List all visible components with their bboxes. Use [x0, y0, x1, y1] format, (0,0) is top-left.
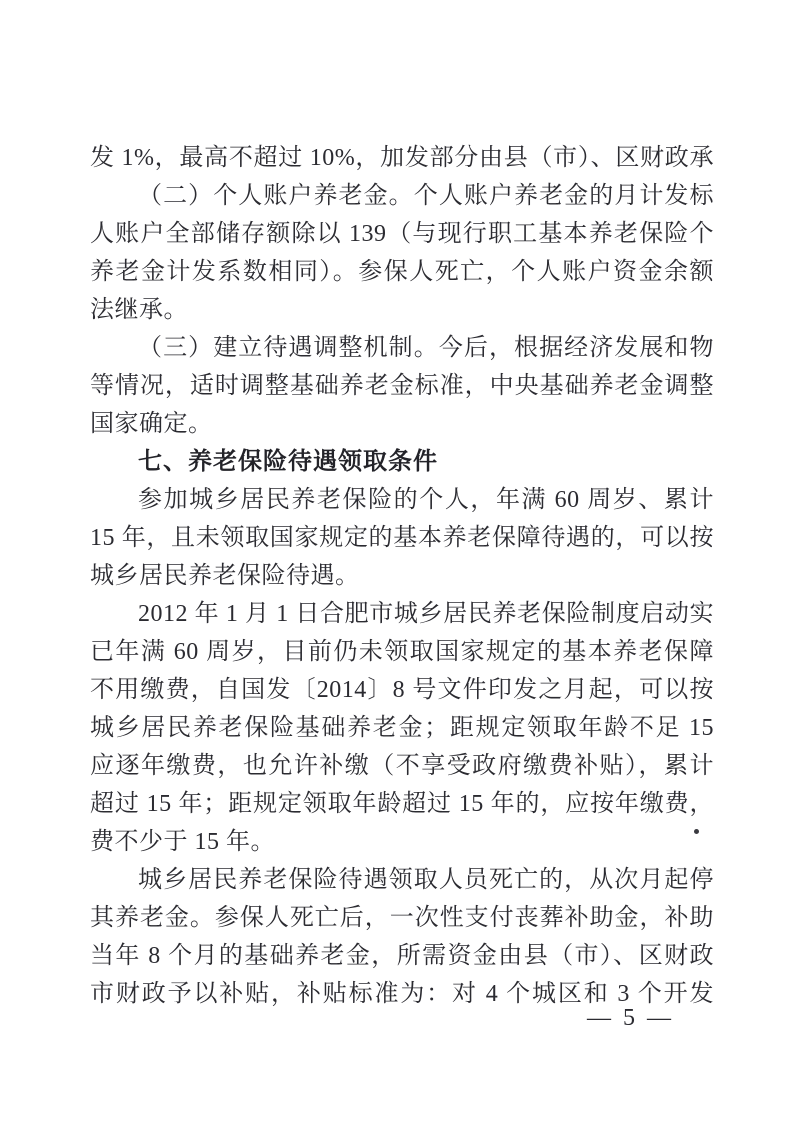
text-line: 城乡居民养老保险待遇。 [90, 557, 714, 595]
text-line: 参加城乡居民养老保险的个人，年满 60 周岁、累计缴费满 [90, 481, 714, 519]
text-line: 费不少于 15 年。 [90, 823, 714, 861]
text-line: 法继承。 [90, 291, 714, 329]
text-line: 应逐年缴费，也允许补缴（不享受政府缴费补贴），累计缴费不 [90, 747, 714, 785]
document-body: 发 1%，最高不超过 10%，加发部分由县（市）、区财政承担。（二）个人账户养老… [90, 139, 714, 1013]
page-number: — 5 — [587, 1003, 674, 1033]
text-line: 发 1%，最高不超过 10%，加发部分由县（市）、区财政承担。 [90, 139, 714, 177]
text-line: 其养老金。参保人死亡后，一次性支付丧葬补助金，补助标准为 [90, 899, 714, 937]
text-line: 已年满 60 周岁，目前仍未领取国家规定的基本养老保障待遇的， [90, 633, 714, 671]
text-line: （二）个人账户养老金。个人账户养老金的月计发标准为个 [90, 177, 714, 215]
text-line: 养老金计发系数相同）。参保人死亡，个人账户资金余额可以依 [90, 253, 714, 291]
text-line: 城乡居民养老保险基础养老金；距规定领取年龄不足 15 年的， [90, 709, 714, 747]
text-line: （三）建立待遇调整机制。今后，根据经济发展和物价变动 [90, 329, 714, 367]
text-line: 2012 年 1 月 1 日合肥市城乡居民养老保险制度启动实施时， [90, 595, 714, 633]
text-line: 不用缴费，自国发〔2014〕8 号文件印发之月起，可以按月领取 [90, 671, 714, 709]
text-line: 等情况，适时调整基础养老金标准，中央基础养老金调整标准由 [90, 367, 714, 405]
document-page: 发 1%，最高不超过 10%，加发部分由县（市）、区财政承担。（二）个人账户养老… [0, 0, 793, 1122]
text-line: 国家确定。 [90, 405, 714, 443]
section-heading: 七、养老保险待遇领取条件 [90, 443, 714, 481]
text-line: 当年 8 个月的基础养老金，所需资金由县（市）、区财政承担， [90, 937, 714, 975]
text-line: 人账户全部储存额除以 139（与现行职工基本养老保险个人账户 [90, 215, 714, 253]
text-line: 15 年，且未领取国家规定的基本养老保障待遇的，可以按月领取 [90, 519, 714, 557]
text-line: 城乡居民养老保险待遇领取人员死亡的，从次月起停止支付 [90, 861, 714, 899]
text-line: 超过 15 年；距规定领取年龄超过 15 年的，应按年缴费，累计缴 [90, 785, 714, 823]
scan-speck-dot [694, 829, 699, 834]
